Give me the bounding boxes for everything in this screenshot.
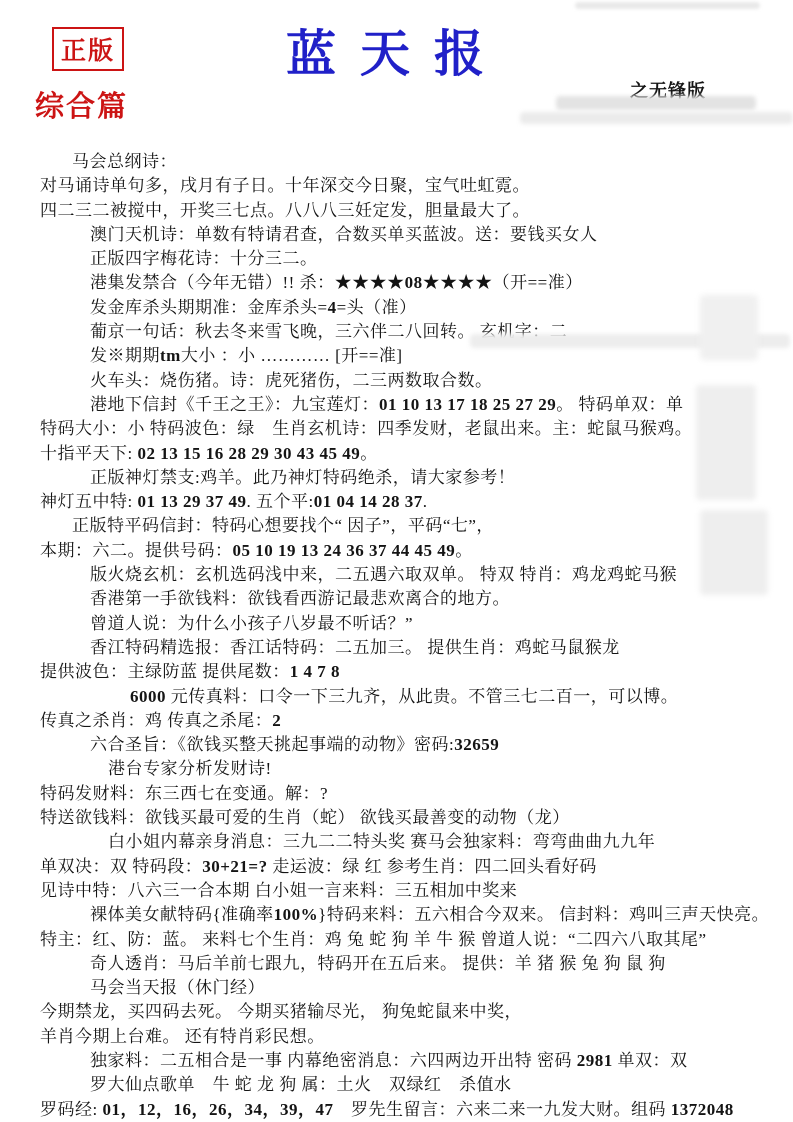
text-line: 6000 元传真料：口令一下三九齐，从此贵。不管三七二百一，可以博。 [0,685,793,709]
text-line: 裸体美女献特码{准确率100%}特码来料：五六相合今双来。 信封料：鸡叫三声天快… [0,903,793,927]
scan-artifact [700,295,758,360]
text-line: 版火烧玄机：玄机选码浅中来，二五遇六取双单。 特双 特肖：鸡龙鸡蛇马猴 [0,563,793,587]
text-line: 特码发财料：东三西七在变通。解：? [0,782,793,806]
text-line: 发金库杀头期期准：金库杀头=4=头（准） [0,296,793,320]
text-line: 港地下信封《千王之王》：九宝莲灯：01 10 13 17 18 25 27 29… [0,393,793,417]
text-line: 正版特平码信封：特码心想要找个“ 因子”，平码“七”， [0,514,793,538]
page-title: 蓝天报 [286,14,508,86]
text-line: 香江特码精选报：香江话特码：二五加三。 提供生肖：鸡蛇马鼠猴龙 [0,636,793,660]
text-line: 本期：六二。提供号码：05 10 19 13 24 36 37 44 45 49… [0,539,793,563]
scan-artifact [696,385,756,500]
text-line: 港台专家分析发财诗! [0,757,793,781]
text-line: 香港第一手欲钱料：欲钱看西游记最悲欢离合的地方。 [0,587,793,611]
text-line: 单双决：双 特码段：30+21=? 走运波：绿 红 参考生肖：四二回头看好码 [0,855,793,879]
scan-artifact [520,112,793,124]
text-line: 罗码经: 01，12，16，26，34，39，47 罗先生留言：六来二来一九发大… [0,1098,793,1122]
section-title: 综合篇 [35,84,128,125]
text-line: 特码大小：小 特码波色：绿 生肖玄机诗：四季发财，老鼠出来。主：蛇鼠马猴鸡。 [0,417,793,441]
text-line: 今期禁龙，买四码去死。 今期买猪输尽光， 狗兔蛇鼠来中奖， [0,1000,793,1024]
scan-artifact [556,96,756,110]
text-line: 六合圣旨：《欲钱买整天挑起事端的动物》密码:32659 [0,733,793,757]
text-line: 发※期期tm大小 ：小 ………… [开==准] [0,344,793,368]
text-line: 神灯五中特: 01 13 29 37 49. 五个平:01 04 14 28 3… [0,490,793,514]
text-line: 正版神灯禁支:鸡羊。此乃神灯特码绝杀，请大家参考！ [0,466,793,490]
text-line: 对马诵诗单句多，戌月有子日。十年深交今日聚，宝气吐虹霓。 [0,174,793,198]
text-line: 火车头：烧伤猪。诗：虎死猪伤，二三两数取合数。 [0,369,793,393]
newspaper-page: 正版 蓝天报 之无锋版 综合篇 马会总纲诗：对马诵诗单句多，戌月有子日。十年深交… [0,0,793,1122]
text-line: 奇人透肖：马后羊前七跟九，特码开在五后来。 提供：羊 猪 猴 兔 狗 鼠 狗 [0,952,793,976]
text-line: 羊肖今期上台难。 还有特肖彩民想。 [0,1025,793,1049]
text-line: 十指平天下: 02 13 15 16 28 29 30 43 45 49。 [0,442,793,466]
scan-artifact [575,2,760,9]
text-line: 港集发禁合（今年无错）!! 杀：★★★★08★★★★（开==准） [0,271,793,295]
body-text: 马会总纲诗：对马诵诗单句多，戌月有子日。十年深交今日聚，宝气吐虹霓。四二三二被搅… [0,150,793,1122]
authentic-badge: 正版 [52,27,124,71]
text-line: 马会当天报（休门经） [0,976,793,1000]
text-line: 特送欲钱料：欲钱买最可爱的生肖（蛇） 欲钱买最善变的动物（龙） [0,806,793,830]
text-line: 传真之杀肖：鸡 传真之杀尾：2 [0,709,793,733]
text-line: 正版四字梅花诗：十分三二。 [0,247,793,271]
text-line: 马会总纲诗： [0,150,793,174]
text-line: 白小姐内幕亲身消息：三九二二特头奖 赛马会独家料：弯弯曲曲九九年 [0,830,793,854]
text-line: 曾道人说：为什么小孩子八岁最不听话？” [0,612,793,636]
text-line: 澳门天机诗：单数有特请君查，合数买单买蓝波。送：要钱买女人 [0,223,793,247]
text-line: 独家料：二五相合是一事 内幕绝密消息：六四两边开出特 密码 2981 单双：双 [0,1049,793,1073]
text-line: 提供波色：主绿防蓝 提供尾数：1 4 7 8 [0,660,793,684]
scan-artifact [700,510,768,595]
text-line: 罗大仙点歌单 牛 蛇 龙 狗 属：土火 双绿红 杀值水 [0,1073,793,1097]
text-line: 四二三二被搅中，开奖三七点。八八八三妊定发，胆量最大了。 [0,199,793,223]
text-line: 特主：红、防：蓝。 来料七个生肖：鸡 兔 蛇 狗 羊 牛 猴 曾道人说：“二四六… [0,928,793,952]
text-line: 见诗中特：八六三一合本期 白小姐一言来料：三五相加中奖来 [0,879,793,903]
